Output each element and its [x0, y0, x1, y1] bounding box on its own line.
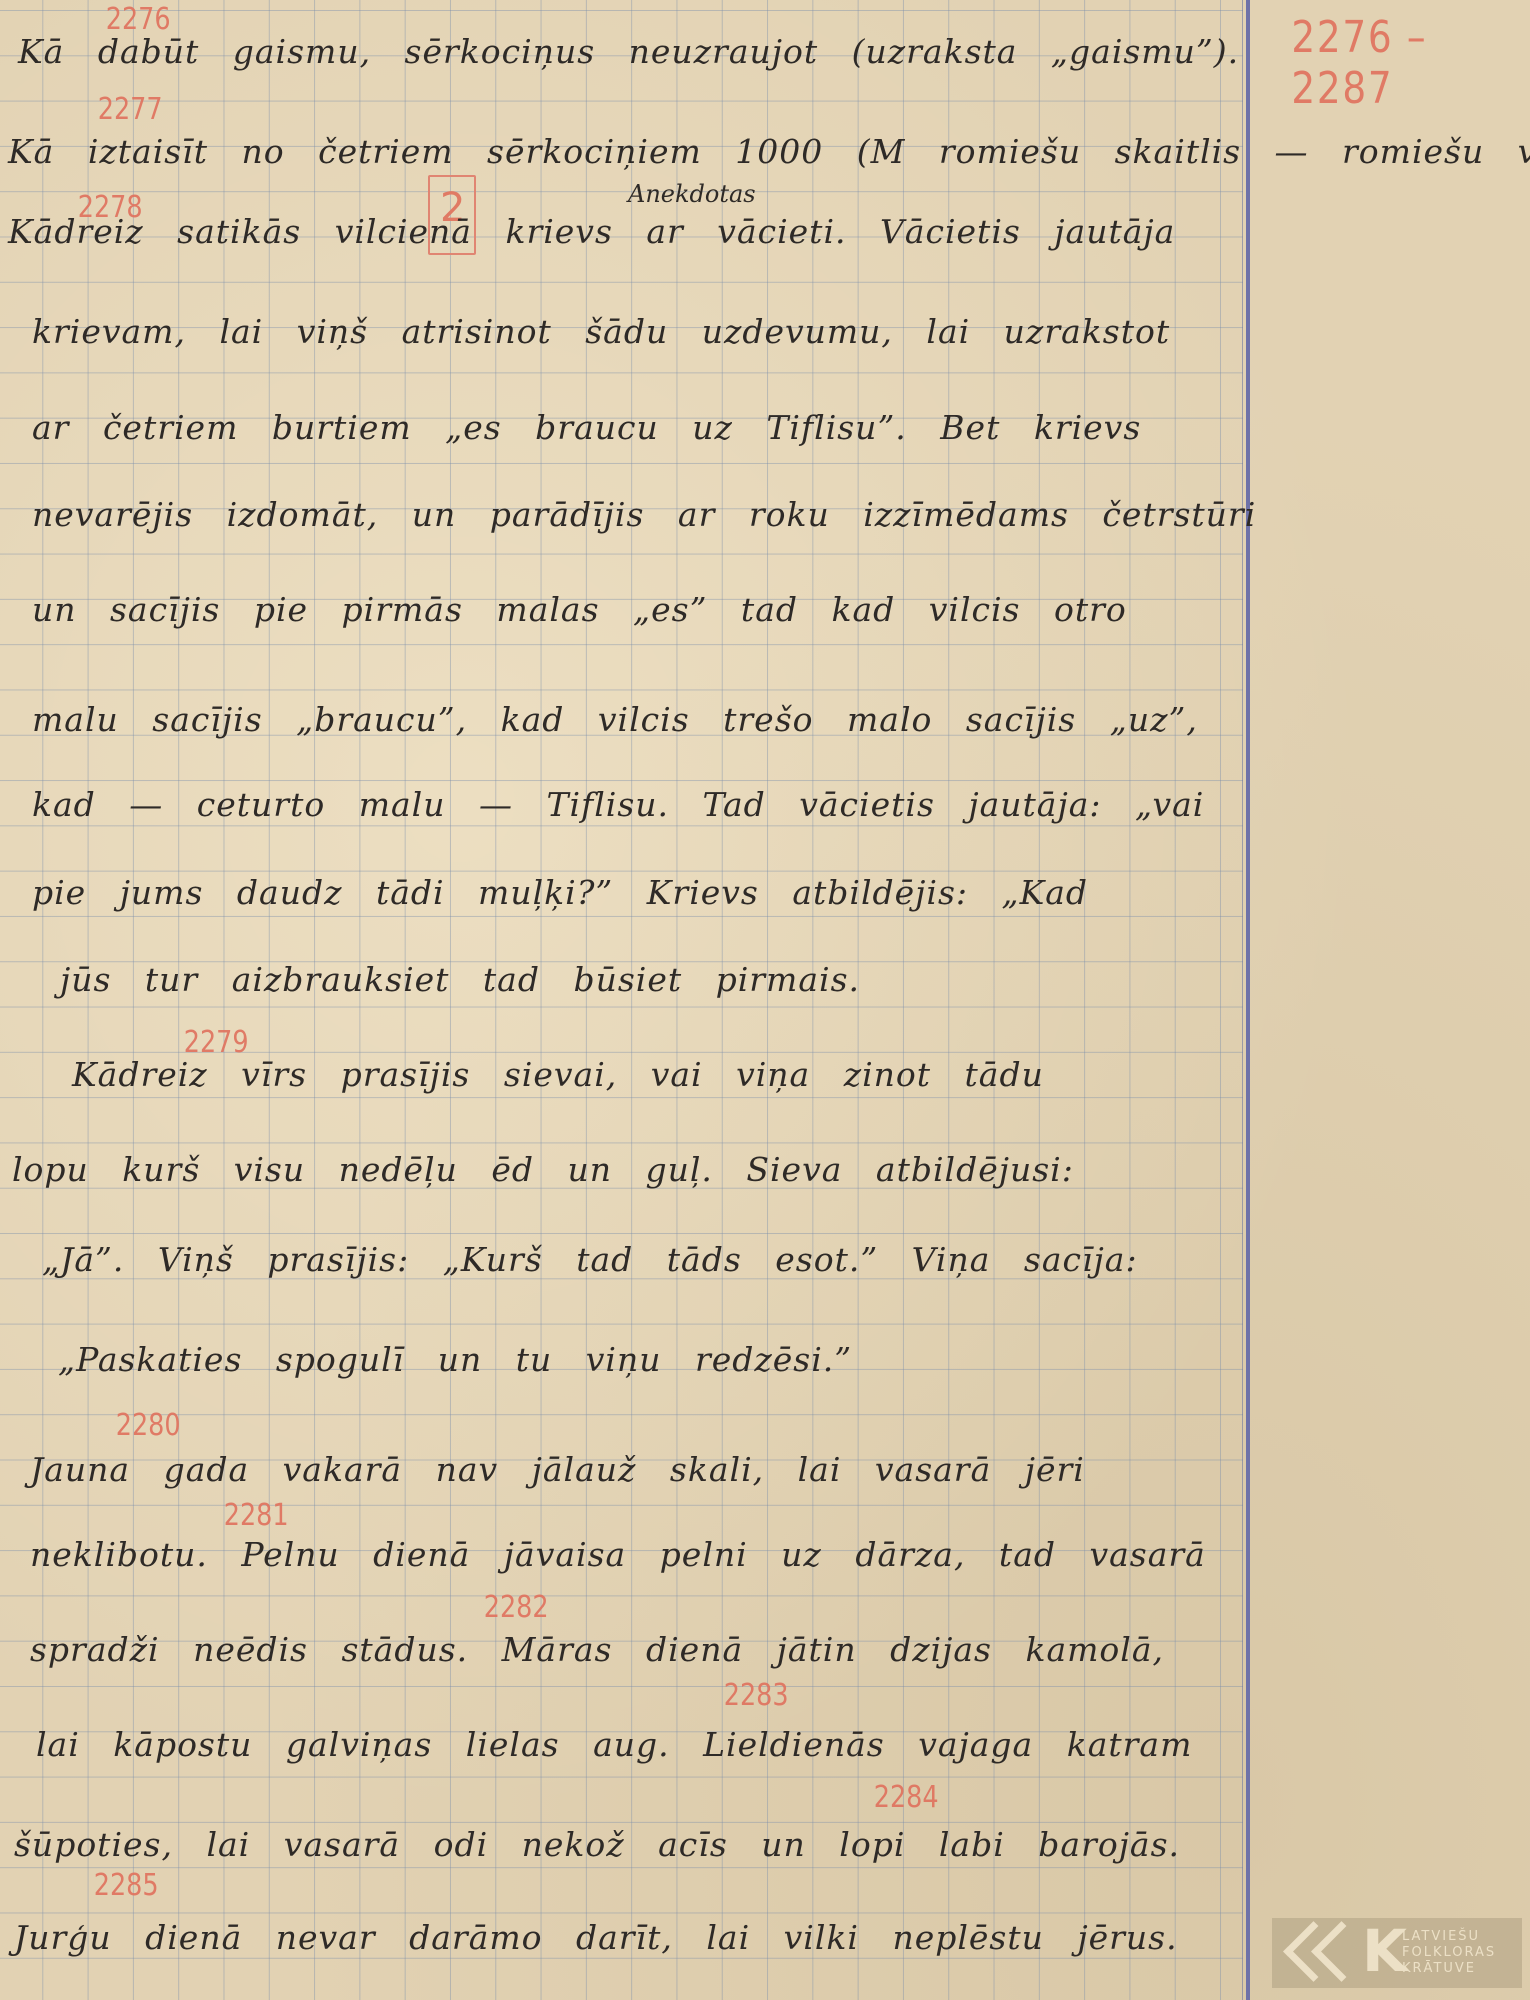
item-number: 2280 — [116, 1408, 181, 1443]
text-line: kad — ceturto malu — Tiflisu. Tad vāciet… — [32, 785, 1204, 824]
text-line: „Jā”. Viņš prasījis: „Kurš tad tāds esot… — [42, 1240, 1138, 1279]
text-line: krievam, lai viņš atrisinot šādu uzdevum… — [32, 312, 1170, 351]
logo-text-line: KRĀTUVE — [1402, 1961, 1496, 1977]
lfk-logo-mark-icon: K — [1272, 1918, 1402, 1988]
text-line: Jauna gada vakarā nav jālauž skali, lai … — [30, 1450, 1085, 1489]
text-line: un sacījis pie pirmās malas „es” tad kad… — [32, 590, 1127, 629]
text-line: Jurģu dienā nevar darāmo darīt, lai vilk… — [14, 1918, 1178, 1957]
item-number: 2285 — [94, 1868, 159, 1903]
text-line: spradži neēdis stādus. Māras dienā jātin… — [30, 1630, 1164, 1669]
text-line: šūpoties, lai vasarā odi nekož acīs un l… — [14, 1825, 1180, 1864]
text-line: nevarējis izdomāt, un parādījis ar roku … — [32, 495, 1256, 534]
item-number: 2284 — [874, 1780, 939, 1815]
text-line: malu sacījis „braucu”, kad vilcis trešo … — [32, 700, 1198, 739]
text-line: Kādreiz vīrs prasījis sievai, vai viņa z… — [72, 1055, 1044, 1094]
text-line: neklibotu. Pelnu dienā jāvaisa pelni uz … — [30, 1535, 1206, 1574]
item-number: 2277 — [98, 92, 163, 127]
text-line: Kā iztaisīt no četriem sērkociņiem 1000 … — [8, 132, 1530, 171]
text-line: „Paskaties spogulī un tu viņu redzēsi.” — [58, 1340, 852, 1379]
logo-text-line: LATVIEŠU — [1402, 1929, 1496, 1945]
page-range-annotation: 2276 – 2287 — [1291, 12, 1510, 114]
notebook-page: 2276 – 2287 2 Anekdotas 2276 2277 2278 2… — [0, 0, 1530, 2000]
text-line: ar četriem burtiem „es braucu uz Tiflisu… — [32, 408, 1141, 447]
archive-logo: K LATVIEŠU FOLKLORAS KRĀTUVE — [1272, 1918, 1522, 1988]
margin-line — [1246, 0, 1250, 2000]
item-number: 2281 — [224, 1498, 289, 1533]
text-line: pie jums daudz tādi muļķi?” Krievs atbil… — [32, 873, 1088, 912]
logo-text: LATVIEŠU FOLKLORAS KRĀTUVE — [1402, 1929, 1496, 1977]
section-heading: Anekdotas — [628, 180, 756, 208]
text-line: lai kāpostu galviņas lielas aug. Lieldie… — [36, 1725, 1192, 1764]
logo-text-line: FOLKLORAS — [1402, 1945, 1496, 1961]
text-line: Kādreiz satikās vilcienā krievs ar vācie… — [8, 212, 1175, 251]
text-line: jūs tur aizbrauksiet tad būsiet pirmais. — [60, 960, 860, 999]
grid-paper — [0, 0, 1243, 2000]
text-line: Kā dabūt gaismu, sērkociņus neuzraujot (… — [18, 32, 1239, 71]
text-line: lopu kurš visu nedēļu ēd un guļ. Sieva a… — [12, 1150, 1074, 1189]
item-number: 2283 — [724, 1678, 789, 1713]
item-number: 2282 — [484, 1590, 549, 1625]
